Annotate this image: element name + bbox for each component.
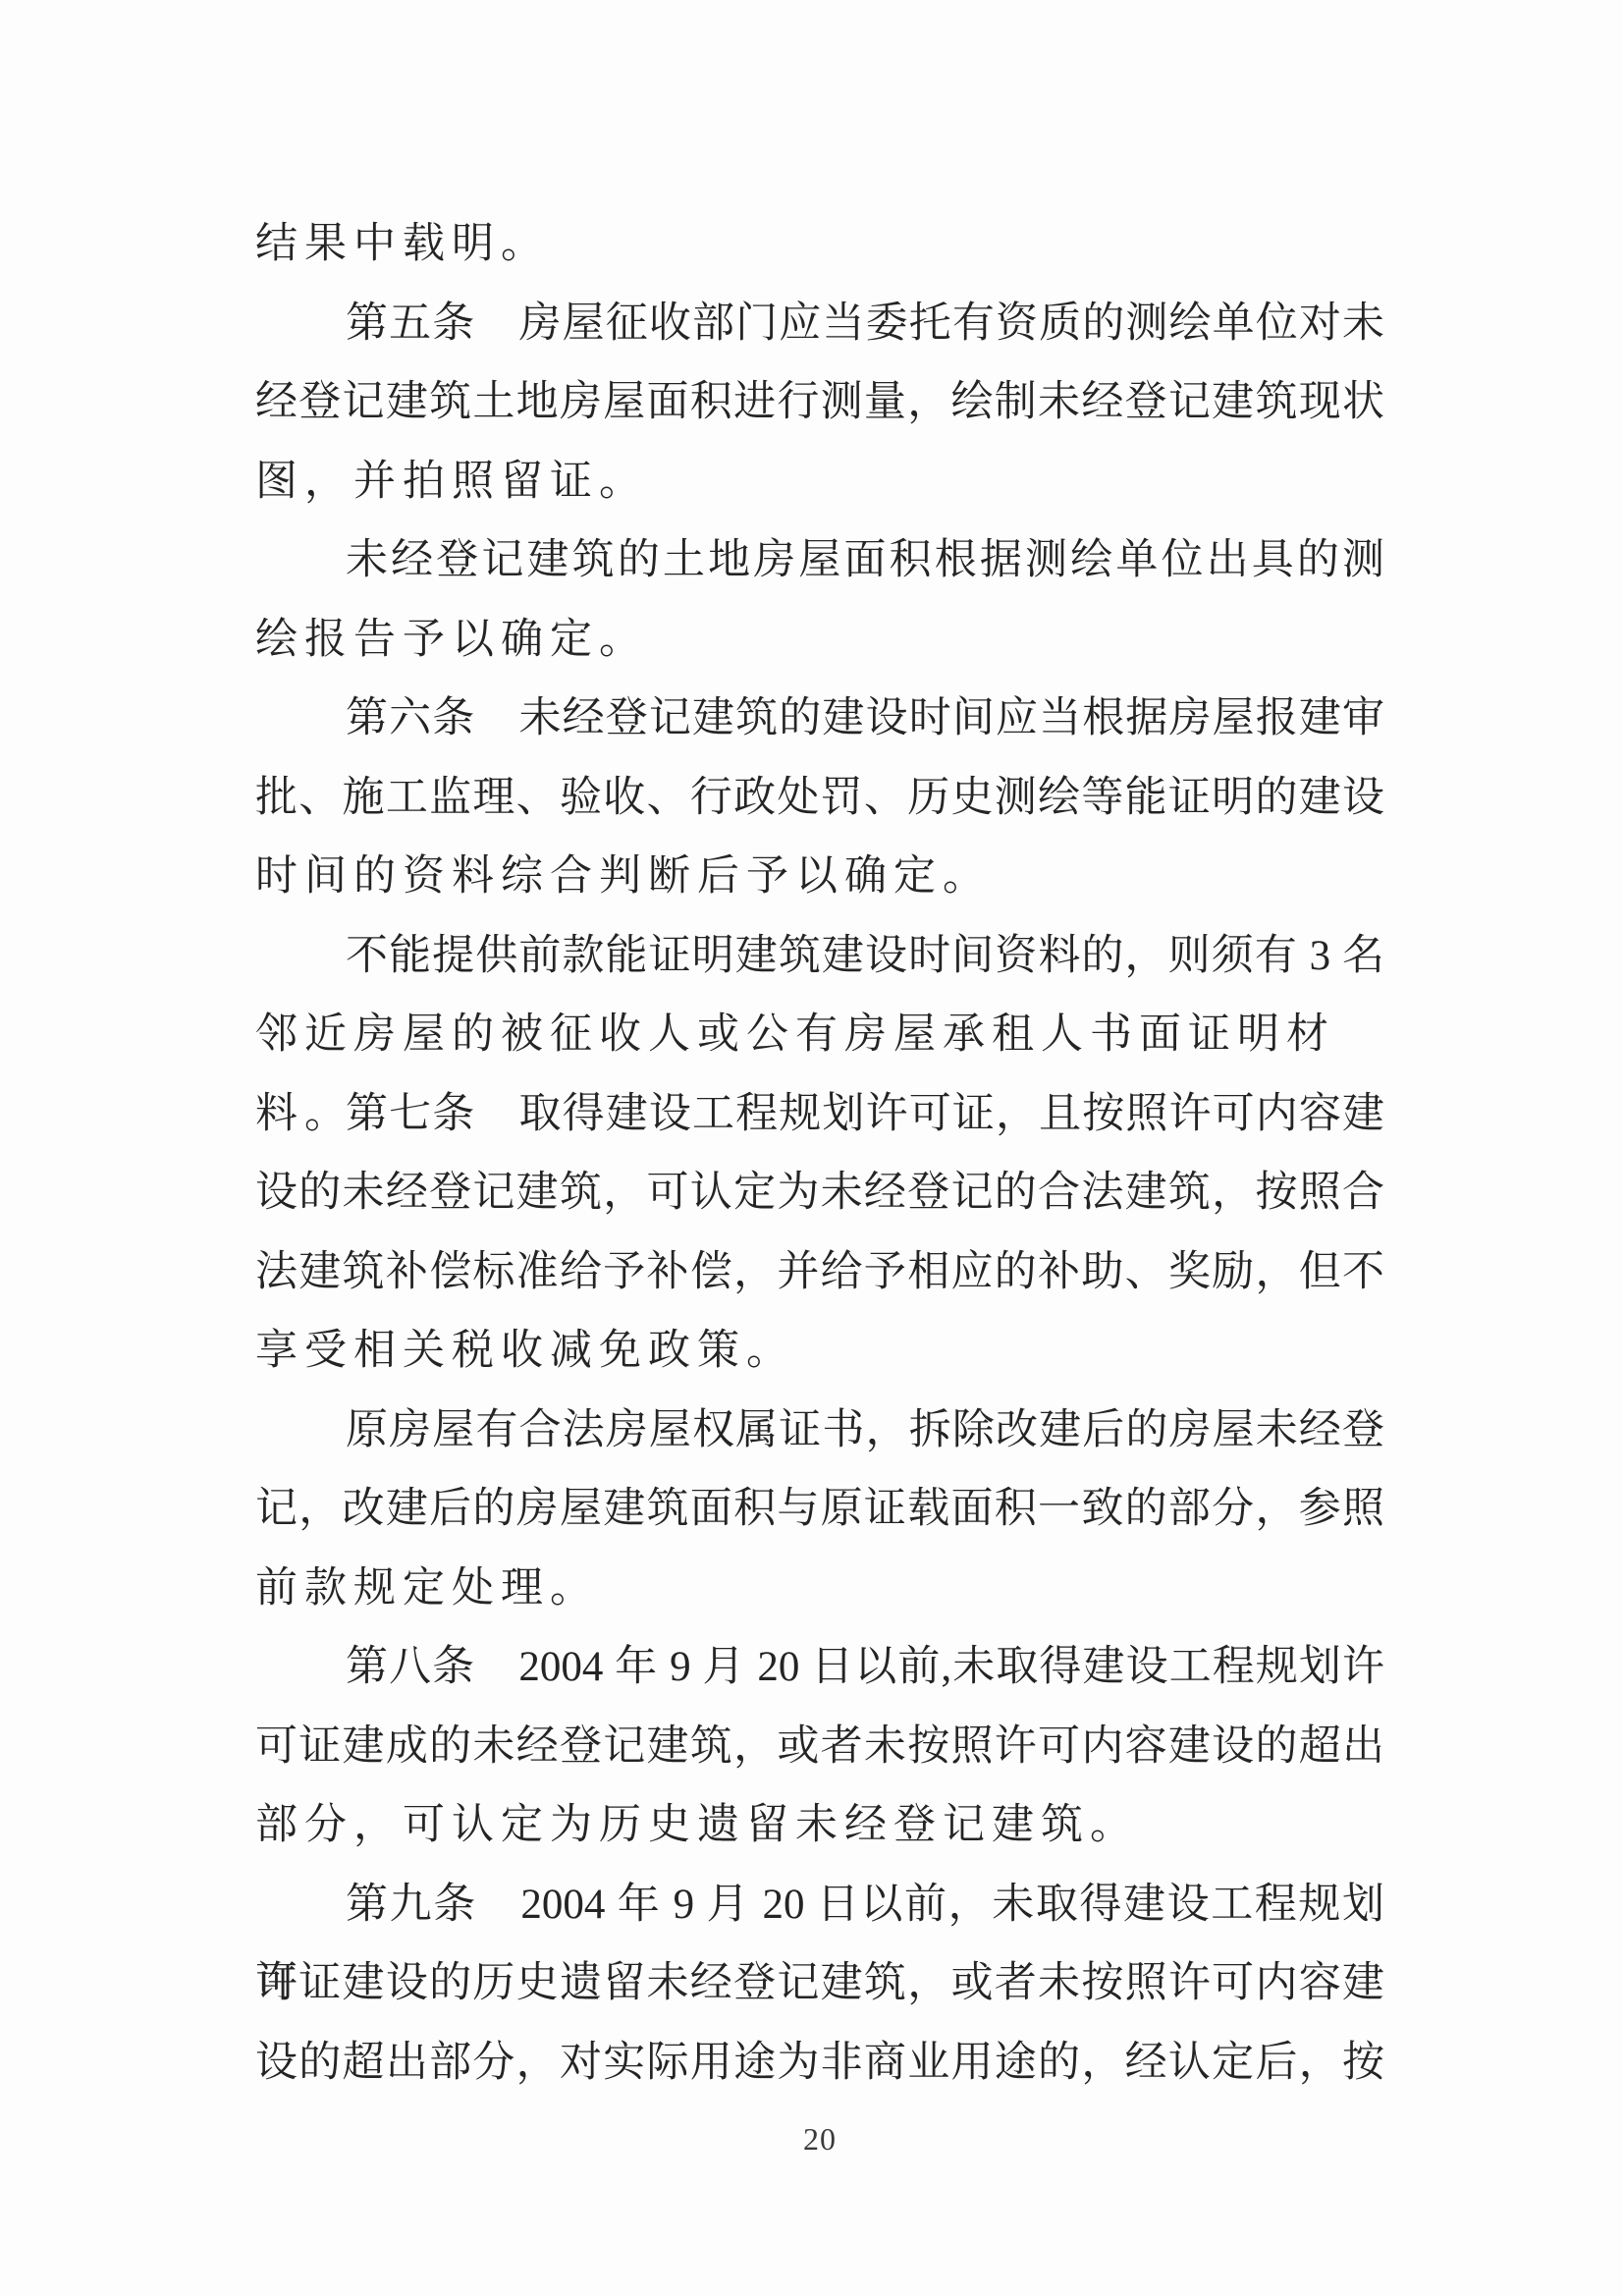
text-line: 法建筑补偿标准给予补偿，并给予相应的补助、奖励，但不	[255, 1233, 1384, 1313]
text-line: 邻近房屋的被征收人或公有房屋承租人书面证明材料。	[255, 996, 1384, 1075]
text-line: 设的未经登记建筑，可认定为未经登记的合法建筑，按照合	[255, 1154, 1384, 1233]
text-line-article-7: 第七条 取得建设工程规划许可证，且按照许可内容建	[255, 1075, 1384, 1155]
text-line: 原房屋有合法房屋权属证书，拆除改建后的房屋未经登	[255, 1392, 1384, 1471]
text-line: 未经登记建筑的土地房屋面积根据测绘单位出具的测	[255, 521, 1384, 601]
text-line: 部分，可认定为历史遗留未经登记建筑。	[255, 1786, 1384, 1866]
text-line-article-9: 第九条 2004 年 9 月 20 日以前，未取得建设工程规划许	[255, 1866, 1384, 1945]
document-text-block: 结果中载明。 第五条 房屋征收部门应当委托有资质的测绘单位对未 经登记建筑土地房…	[255, 205, 1384, 2103]
text-line: 不能提供前款能证明建筑建设时间资料的，则须有 3 名	[255, 917, 1384, 997]
text-line: 前款规定处理。	[255, 1550, 1384, 1629]
text-line: 图，并拍照留证。	[255, 443, 1384, 522]
text-line: 批、施工监理、验收、行政处罚、历史测绘等能证明的建设	[255, 759, 1384, 839]
text-line: 设的超出部分，对实际用途为非商业用途的，经认定后，按	[255, 2024, 1384, 2104]
page-number: 20	[255, 2121, 1384, 2158]
text-line: 记，改建后的房屋建筑面积与原证载面积一致的部分，参照	[255, 1470, 1384, 1550]
text-line-article-8: 第八条 2004 年 9 月 20 日以前,未取得建设工程规划许	[255, 1628, 1384, 1708]
text-line: 结果中载明。	[255, 205, 1384, 285]
text-line-article-6: 第六条 未经登记建筑的建设时间应当根据房屋报建审	[255, 680, 1384, 759]
text-line: 享受相关税收减免政策。	[255, 1312, 1384, 1392]
document-page: 结果中载明。 第五条 房屋征收部门应当委托有资质的测绘单位对未 经登记建筑土地房…	[0, 0, 1623, 2296]
text-line: 时间的资料综合判断后予以确定。	[255, 838, 1384, 917]
text-line: 绘报告予以确定。	[255, 601, 1384, 681]
text-line: 可证建设的历史遗留未经登记建筑，或者未按照许可内容建	[255, 1944, 1384, 2024]
text-line: 经登记建筑土地房屋面积进行测量，绘制未经登记建筑现状	[255, 363, 1384, 443]
text-line-article-5: 第五条 房屋征收部门应当委托有资质的测绘单位对未	[255, 285, 1384, 364]
text-line: 可证建成的未经登记建筑，或者未按照许可内容建设的超出	[255, 1708, 1384, 1787]
